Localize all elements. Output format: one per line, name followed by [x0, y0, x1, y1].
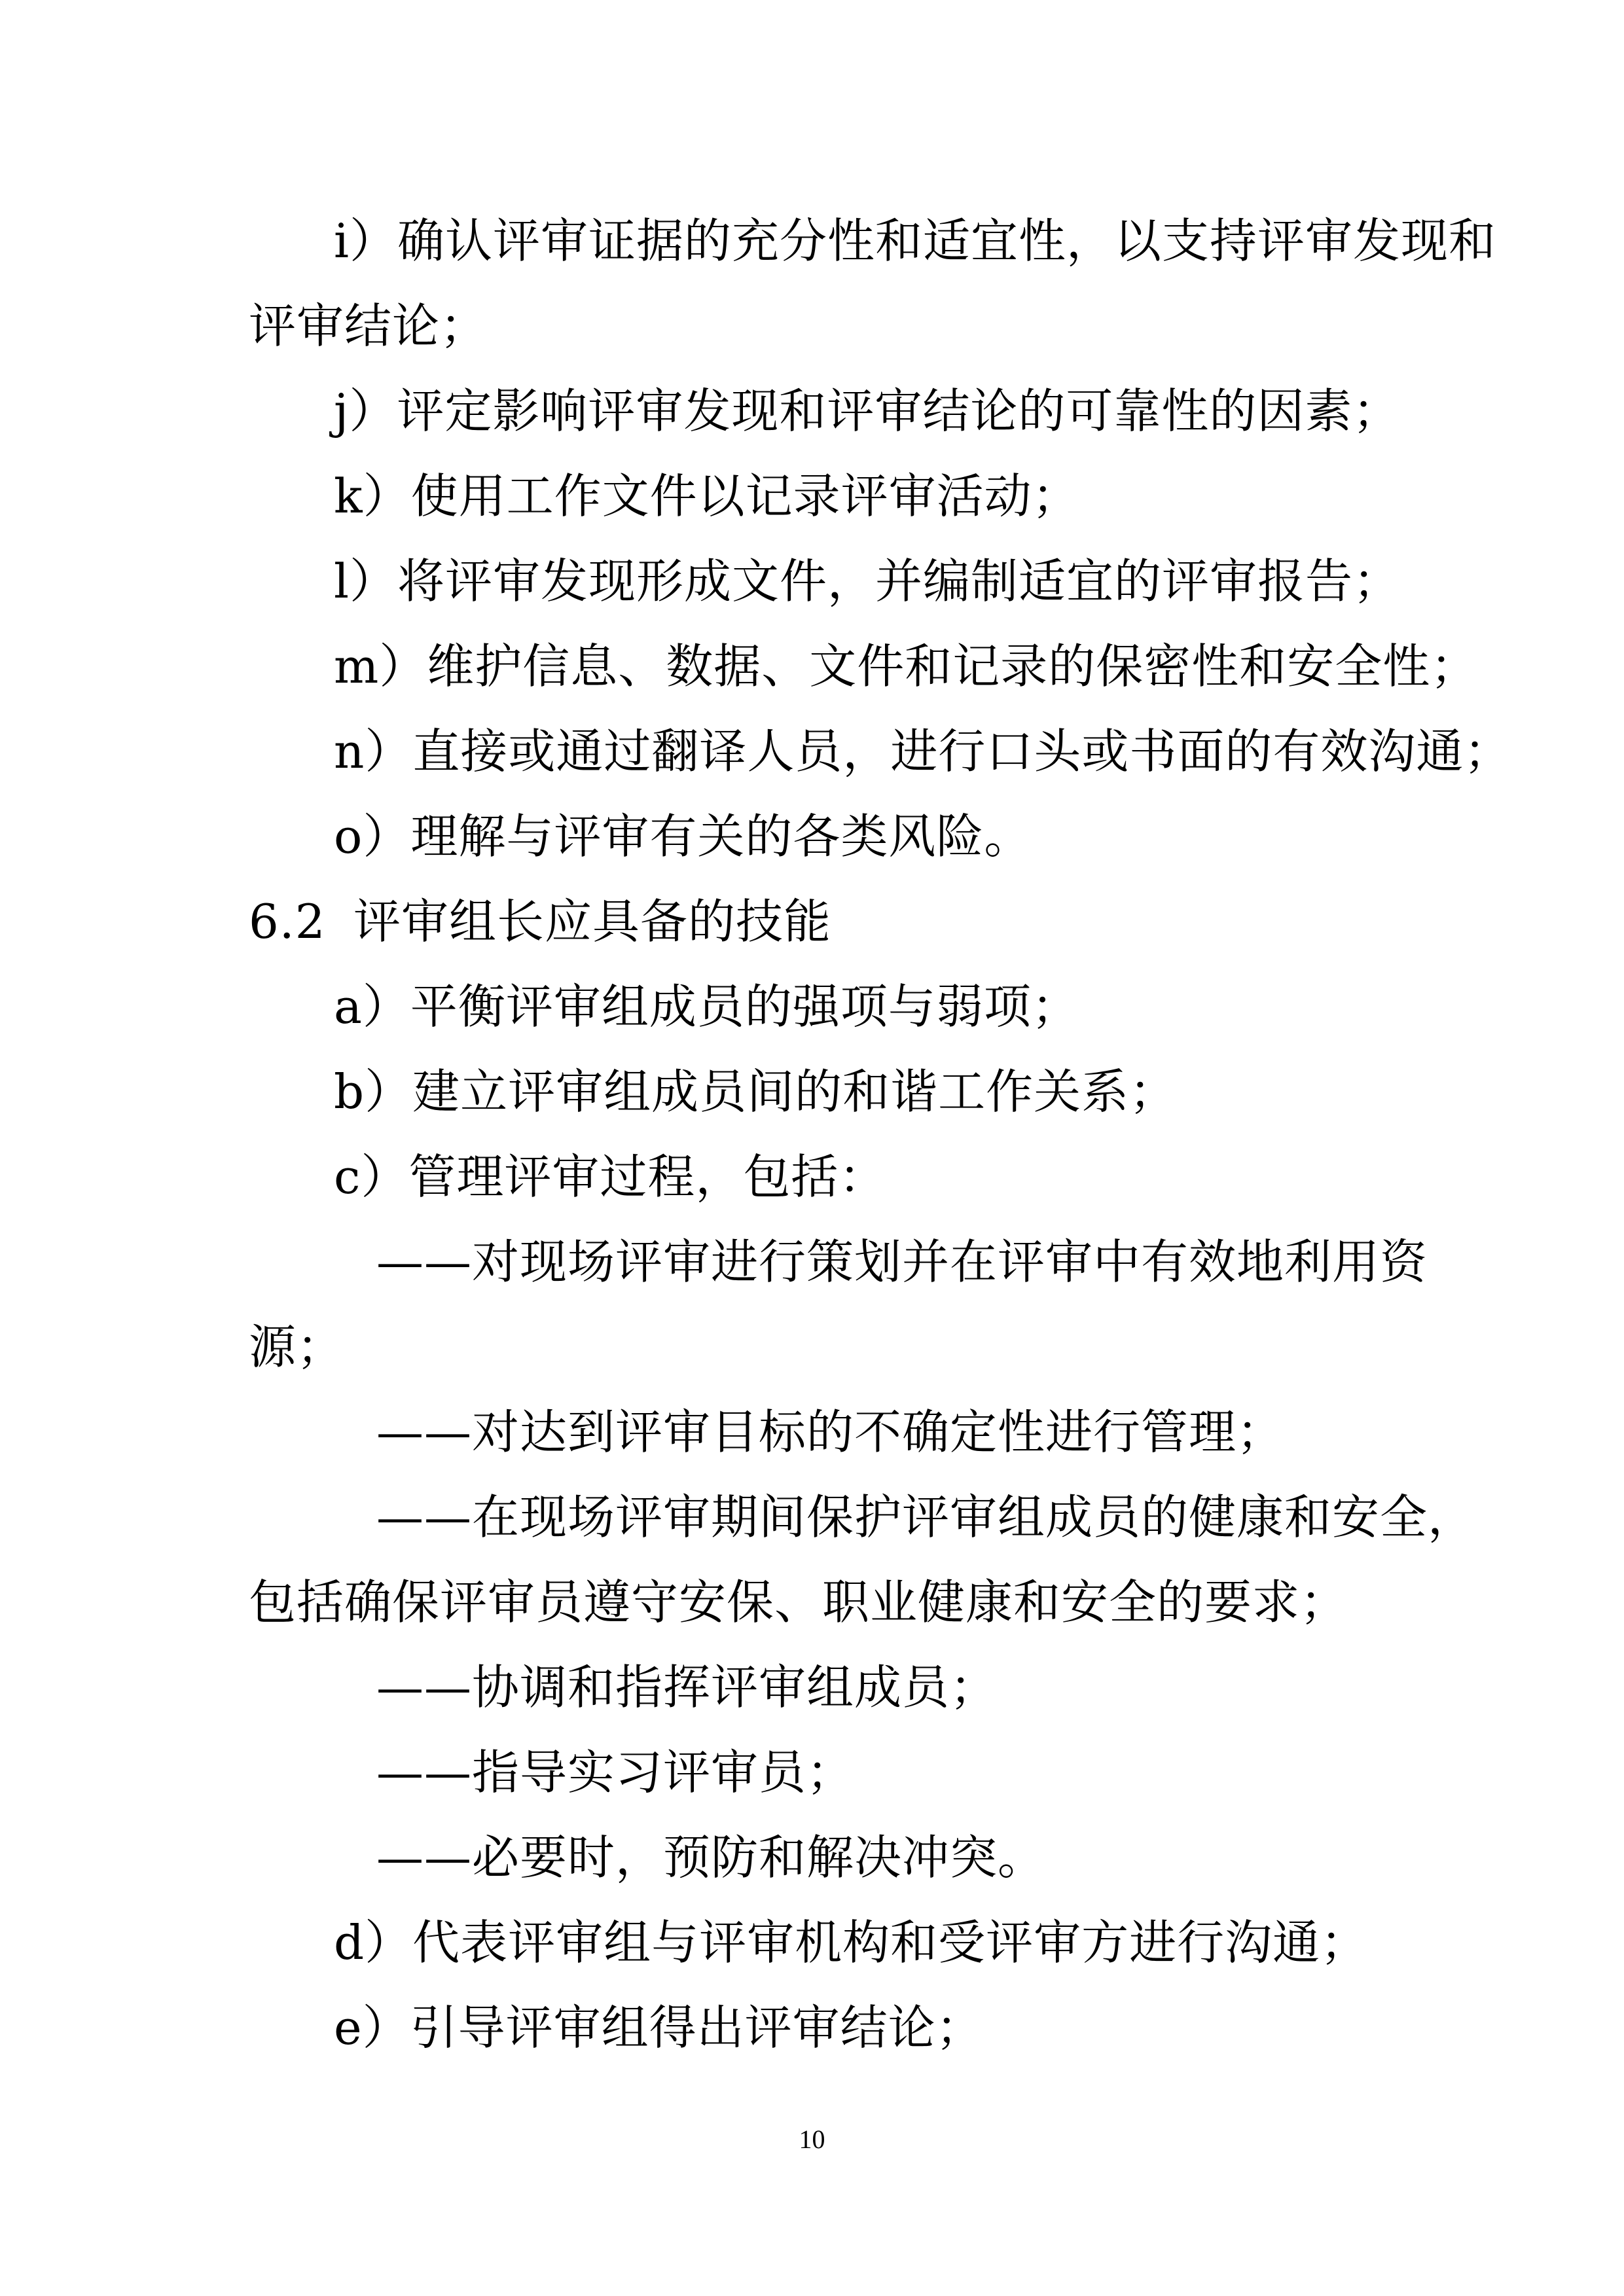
list-item-k: k）使用工作文件以记录评审活动； — [334, 467, 1486, 526]
sub-item-dash-3-continuation: 包括确保评审员遵守安保、职业健康和安全的要求； — [249, 1573, 1401, 1632]
sub-item-dash-4: ——协调和指挥评审组成员； — [376, 1658, 1528, 1717]
section-number: 6.2 — [249, 892, 353, 951]
list-item-c: c）管理评审过程，包括： — [334, 1147, 1486, 1206]
list-item-o: o）理解与评审有关的各类风险。 — [334, 807, 1486, 866]
list-item-b: b）建立评审组成员间的和谐工作关系； — [334, 1062, 1486, 1121]
list-item-m: m）维护信息、数据、文件和记录的保密性和安全性； — [334, 637, 1486, 696]
list-item-d: d）代表评审组与评审机构和受评审方进行沟通； — [334, 1913, 1486, 1972]
sub-item-dash-6: ——必要时，预防和解决冲突。 — [376, 1828, 1528, 1887]
list-item-l: l）将评审发现形成文件，并编制适宜的评审报告； — [334, 552, 1486, 611]
sub-item-dash-5: ——指导实习评审员； — [376, 1743, 1528, 1802]
document-page: i）确认评审证据的充分性和适宜性，以支持评审发现和 评审结论； j）评定影响评审… — [0, 0, 1624, 2296]
page-number: 10 — [0, 2124, 1624, 2155]
list-item-j: j）评定影响评审发现和评审结论的可靠性的因素； — [334, 382, 1486, 440]
sub-item-dash-1-continuation: 源； — [249, 1318, 1401, 1376]
sub-item-dash-2: ——对达到评审目标的不确定性进行管理； — [376, 1403, 1528, 1462]
section-heading: 6.2评审组长应具备的技能 — [249, 892, 1401, 951]
sub-item-dash-1: ——对现场评审进行策划并在评审中有效地利用资 — [376, 1232, 1528, 1291]
section-title: 评审组长应具备的技能 — [353, 894, 831, 949]
list-item-a: a）平衡评审组成员的强项与弱项； — [334, 977, 1486, 1036]
sub-item-dash-3: ——在现场评审期间保护评审组成员的健康和安全， — [376, 1488, 1528, 1547]
list-item-n: n）直接或通过翻译人员，进行口头或书面的有效沟通； — [334, 722, 1486, 781]
list-item-e: e）引导评审组得出评审结论； — [334, 1998, 1486, 2057]
list-item-i-continuation: 评审结论； — [249, 296, 1401, 355]
list-item-i: i）确认评审证据的充分性和适宜性，以支持评审发现和 — [334, 211, 1486, 270]
